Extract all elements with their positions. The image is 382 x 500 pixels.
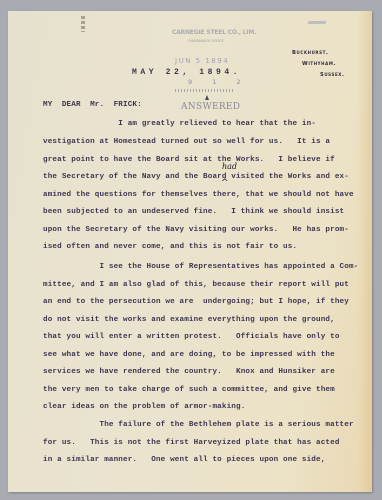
body-line: amined the questions for themselves ther… (43, 191, 354, 199)
received-stamp-ruler (175, 89, 235, 92)
body-line: see what we have done, and are doing, to… (43, 351, 335, 359)
received-stamp-date: JUN 5 1894 (175, 57, 229, 65)
letter-date: MAY 22, 1894. (132, 68, 241, 77)
body-line: I see the House of Representatives has a… (43, 263, 358, 271)
paper-tear (307, 21, 326, 24)
body-line: services we have rendered the country. K… (43, 368, 335, 376)
body-line: I am greatly relieved to hear that the i… (43, 120, 316, 128)
stamp-arrow-icon (205, 95, 209, 100)
body-line: ised often and never come, and this is n… (43, 243, 297, 251)
address-line-3: Sussex. (320, 72, 345, 78)
answered-stamp: ANSWERED (181, 102, 240, 112)
body-line: in a similar manner. One went all to pie… (43, 456, 325, 464)
address-line-2: Withyham. (302, 61, 336, 67)
body-line: vestigation at Homestead turned out so w… (43, 138, 330, 146)
salutation: MY DEAR Mr. FRICK: (43, 101, 142, 109)
margin-mark (81, 16, 85, 32)
body-line: great point to have the Board sit at the… (43, 156, 335, 164)
body-line: do not visit the works and examine every… (43, 316, 335, 324)
body-line: clear ideas on the problem of armor-maki… (43, 403, 245, 411)
received-stamp-numbers: 9 1 2 (188, 78, 250, 86)
body-line: The failure of the Bethlehem plate is a … (43, 421, 354, 429)
body-line: been subjected to an undeserved fine. I … (43, 208, 344, 216)
body-line: that you will enter a written protest. O… (43, 333, 340, 341)
body-line: the Secretary of the Navy and the Board … (43, 173, 349, 181)
body-line: for us. This is not the first Harveyized… (43, 439, 340, 447)
received-stamp-office: CHAIRMAN'S OFFICE (188, 39, 224, 43)
address-line-1: Buckhurst. (292, 50, 329, 56)
body-line: mittee, and I am also glad of this, beca… (43, 281, 349, 289)
body-line: an end to the persecution we are undergo… (43, 298, 349, 306)
received-stamp-header: CARNEGIE STEEL CO., LIM. (172, 29, 256, 36)
body-line: the very men to take charge of such a co… (43, 386, 335, 394)
body-line: upon the Secretary of the Navy visiting … (43, 226, 349, 234)
